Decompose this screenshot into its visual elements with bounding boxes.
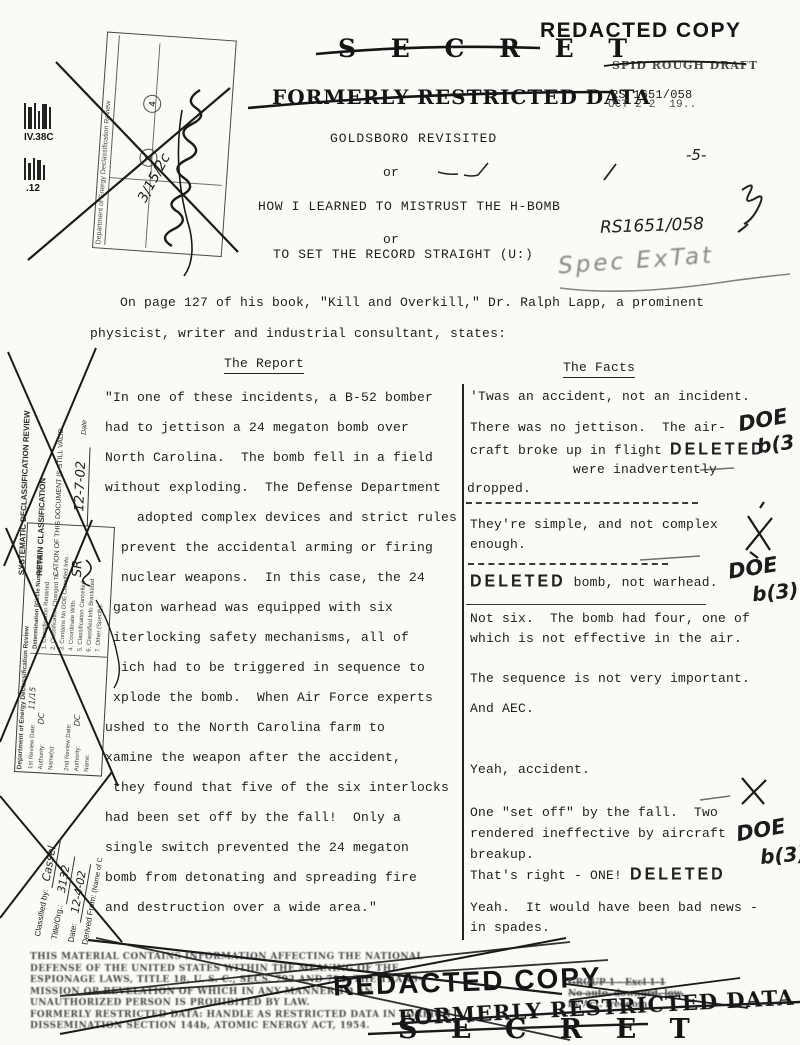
report-line: ushed to the North Carolina farm to bbox=[105, 720, 385, 735]
fact-item: The sequence is not very important. bbox=[470, 671, 750, 686]
cross-out-x bbox=[746, 502, 772, 558]
handwritten-doe-note: DOE bbox=[734, 814, 787, 846]
report-column-header: The Report bbox=[224, 356, 304, 374]
fact-item: enough. bbox=[470, 537, 526, 552]
report-line: single switch prevented the 24 megaton bbox=[105, 840, 409, 855]
barcode-mark bbox=[24, 103, 53, 129]
title-line-1: GOLDSBORO REVISITED bbox=[330, 131, 497, 146]
dashed-separator bbox=[466, 502, 698, 504]
circled-number: 4 bbox=[143, 94, 162, 113]
handwritten-initials-mark bbox=[738, 185, 762, 232]
formerly-restricted-stamp-top: FORMERLY RESTRICTED DATA bbox=[272, 85, 651, 109]
report-line: had to jettison a 24 megaton bomb over bbox=[105, 420, 409, 435]
report-line: without exploding. The Defense Departmen… bbox=[105, 480, 441, 495]
doe-review-stamp-box: Department of Energy Declassification Re… bbox=[14, 522, 115, 776]
title-or-1: or bbox=[383, 165, 399, 180]
fact-item: craft broke up in flight DELETED bbox=[470, 441, 766, 459]
handwritten-mark bbox=[604, 164, 616, 180]
report-line: prevent the accidental arming or firing bbox=[105, 540, 433, 555]
intro-line-1: On page 127 of his book, "Kill and Overk… bbox=[120, 295, 704, 310]
deleted-stamp: DELETED bbox=[670, 440, 766, 459]
title-line-2: HOW I LEARNED TO MISTRUST THE H-BOMB bbox=[258, 199, 560, 214]
fact-item: Not six. The bomb had four, one of bbox=[470, 611, 750, 626]
fact-item: dropped. bbox=[467, 481, 531, 496]
handwritten-mark bbox=[438, 163, 488, 176]
deleted-stamp: DELETED bbox=[470, 572, 566, 591]
intro-line-2: physicist, writer and industrial consult… bbox=[90, 326, 506, 341]
fact-item: breakup. bbox=[470, 847, 534, 862]
report-line: gaton warhead was equipped with six bbox=[105, 600, 393, 615]
report-line: nuclear weapons. In this case, the 24 bbox=[105, 570, 425, 585]
cross-out-x bbox=[742, 778, 766, 804]
report-line: "In one of these incidents, a B-52 bombe… bbox=[105, 390, 433, 405]
separator-line bbox=[466, 604, 706, 605]
report-line: bomb from detonating and spreading fire bbox=[105, 870, 417, 885]
fact-item: Yeah, accident. bbox=[470, 762, 590, 777]
rough-draft-stamp: SPID ROUGH DRAFT bbox=[612, 59, 758, 72]
fact-item: rendered ineffective by aircraft bbox=[470, 826, 726, 841]
barcode-label: IV.38C bbox=[24, 132, 54, 143]
fact-item: One "set off" by the fall. Two bbox=[470, 805, 718, 820]
handwritten-exemption-note: b(3 bbox=[756, 430, 796, 459]
report-line: xplode the bomb. When Air Force experts bbox=[105, 690, 433, 705]
handwritten-doe-note: DOE bbox=[726, 552, 779, 583]
handwritten-exemption-note: b(3) bbox=[751, 578, 800, 607]
fact-item: They're simple, and not complex bbox=[470, 517, 718, 532]
report-line: had been set off by the fall! Only a bbox=[105, 810, 401, 825]
barcode-label: .12 bbox=[26, 183, 40, 194]
column-divider-line bbox=[462, 384, 464, 940]
fact-item: And AEC. bbox=[470, 701, 534, 716]
handwritten-doc-number: RS1651/058 bbox=[600, 214, 705, 238]
fact-item: which is not effective in the air. bbox=[470, 631, 742, 646]
fact-item: DELETED bomb, not warhead. bbox=[470, 573, 718, 591]
barcode-mark bbox=[24, 158, 47, 180]
doe-declassification-stamp-box: Department of Energy Declassification Re… bbox=[92, 32, 237, 258]
deleted-stamp: DELETED bbox=[630, 865, 726, 884]
report-line: they found that five of the six interloc… bbox=[105, 780, 449, 795]
report-line: iterlocking safety mechanisms, all of bbox=[105, 630, 409, 645]
classified-by-stamp: Classified by: Cassel Title/Org.: 3132 D… bbox=[30, 777, 117, 945]
fact-item: That's right - ONE! DELETED bbox=[470, 866, 726, 884]
fact-item: 'Twas an accident, not an incident. bbox=[470, 389, 750, 404]
fact-item: Yeah. It would have been bad news - bbox=[470, 900, 758, 915]
report-line: North Carolina. The bomb fell in a field bbox=[105, 450, 433, 465]
redacted-copy-stamp-top: REDACTED COPY bbox=[540, 19, 742, 43]
report-line: adopted complex devices and strict rules bbox=[105, 510, 457, 525]
facts-column-header: The Facts bbox=[563, 360, 635, 378]
handwritten-page-number: -5- bbox=[686, 146, 706, 164]
date-received-stamp: OCT 2 2 19.. bbox=[608, 99, 696, 111]
handwritten-exemption-note: b(3) bbox=[759, 841, 800, 869]
handwritten-review-date: 12-7-02 bbox=[71, 447, 90, 526]
fact-item: were inadvertently bbox=[573, 462, 717, 477]
secret-stamp-bottom: S E C R E T bbox=[398, 1014, 702, 1045]
title-or-2: or bbox=[383, 232, 399, 247]
title-line-3: TO SET THE RECORD STRAIGHT (U:) bbox=[273, 247, 533, 262]
document-page: S E C R E T REDACTED COPY SPID ROUGH DRA… bbox=[0, 0, 800, 1045]
report-line: ich had to be triggered in sequence to bbox=[105, 660, 425, 675]
dashed-separator bbox=[468, 563, 668, 565]
report-line: and destruction over a wide area." bbox=[105, 900, 377, 915]
fact-item: in spades. bbox=[470, 920, 550, 935]
fact-item: There was no jettison. The air- bbox=[470, 420, 726, 435]
handwritten-scribble: Spec ExTat bbox=[557, 243, 715, 280]
report-line: xamine the weapon after the accident, bbox=[105, 750, 401, 765]
